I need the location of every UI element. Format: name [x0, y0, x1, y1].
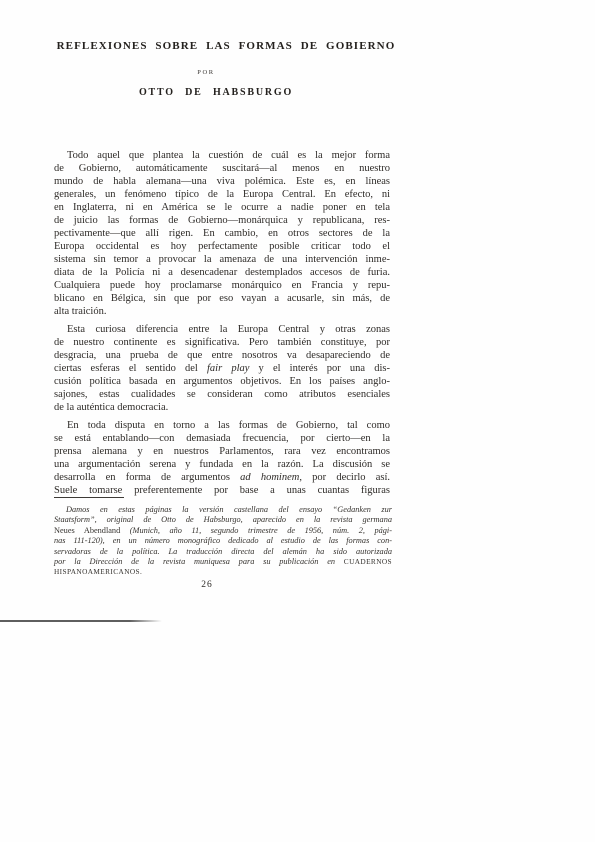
- text-line: sistema sin temor a provocar la amenaza …: [54, 253, 390, 266]
- text-run: mundo de habla alemana—una viva polémica…: [54, 176, 390, 187]
- text-line: Staatsform”, original de Otto de Habsbur…: [54, 515, 392, 525]
- text-run: Damos en estas páginas la versión castel…: [66, 505, 392, 514]
- text-line: de nuestro continente es significativa. …: [54, 336, 390, 349]
- scan-edge-line: [0, 620, 162, 622]
- text-run: blicano en Bélgica, sin que por eso vaya…: [54, 293, 390, 304]
- text-line: pectivamente—que allí rigen. En cambio, …: [54, 227, 390, 240]
- text-line: ciertas esferas el sentido del fair play…: [54, 362, 390, 375]
- text-line: Esta curiosa diferencia entre la Europa …: [54, 323, 390, 336]
- text-line: En toda disputa en torno a las formas de…: [54, 419, 390, 432]
- text-run: de Gobierno, automáticamente suscitará—a…: [54, 163, 390, 174]
- text-run: CUADERNOS: [344, 557, 392, 566]
- text-line: en Inglaterra, ni en América se le ocurr…: [54, 201, 390, 214]
- text-line: Todo aquel que plantea la cuestión de cu…: [54, 149, 390, 162]
- text-run: de nuestro continente es significativa. …: [54, 337, 390, 348]
- italic-text: ad hominem: [240, 472, 299, 483]
- text-run: pectivamente—que allí rigen. En cambio, …: [54, 228, 390, 239]
- body-text: Todo aquel que plantea la cuestión de cu…: [54, 149, 390, 502]
- text-run: desarrolla en forma de argumentos: [54, 472, 240, 483]
- text-line: desarrolla en forma de argumentos ad hom…: [54, 471, 390, 484]
- text-run: se está entablando—con demasiada frecuen…: [54, 433, 390, 444]
- text-line: desgracia, una prueba de que entre nosot…: [54, 349, 390, 362]
- text-line: Neues Abendland (Munich, año 11, segundo…: [54, 526, 392, 536]
- text-line: servadoras de la política. La traducción…: [54, 547, 392, 557]
- text-run: En toda disputa en torno a las formas de…: [67, 420, 390, 431]
- text-line: Cualquiera puede hoy proclamarse monárqu…: [54, 279, 390, 292]
- text-run: , por decirlo así.: [299, 472, 390, 483]
- text-run: por la Dirección de la revista muniquesa…: [54, 557, 344, 566]
- text-line: de Gobierno, automáticamente suscitará—a…: [54, 162, 390, 175]
- text-line: de juicio las formas de Gobierno—monárqu…: [54, 214, 390, 227]
- text-line: una argumentación serena y fundada en la…: [54, 458, 390, 471]
- text-run: sajones, estas cualidades se consideran …: [54, 389, 390, 400]
- text-line: sajones, estas cualidades se consideran …: [54, 388, 390, 401]
- text-run: de juicio las formas de Gobierno—monárqu…: [54, 215, 390, 226]
- text-run: y el interés por una dis-: [249, 363, 390, 374]
- text-line: por la Dirección de la revista muniquesa…: [54, 557, 392, 567]
- text-run: diata de la Policía ni a desencadenar de…: [54, 267, 390, 278]
- text-run: ciertas esferas el sentido del: [54, 363, 207, 374]
- text-run: Suele tomarse preferentemente por base a…: [54, 485, 390, 496]
- text-line: Suele tomarse preferentemente por base a…: [54, 484, 390, 497]
- text-run: generales, un fenómeno típico de la Euro…: [54, 189, 390, 200]
- text-run: Esta curiosa diferencia entre la Europa …: [67, 324, 390, 335]
- text-run: Todo aquel que plantea la cuestión de cu…: [67, 150, 390, 161]
- text-run: en Inglaterra, ni en América se le ocurr…: [54, 202, 390, 213]
- text-line: nas 111-120), en un número monográfico d…: [54, 536, 392, 546]
- text-line: blicano en Bélgica, sin que por eso vaya…: [54, 292, 390, 305]
- paragraph: En toda disputa en torno a las formas de…: [54, 419, 390, 497]
- article-title: REFLEXIONES SOBRE LAS FORMAS DE GOBIERNO: [52, 40, 400, 52]
- page-number: 26: [54, 580, 360, 590]
- text-line: de la auténtica democracia.: [54, 401, 390, 414]
- text-run: Cualquiera puede hoy proclamarse monárqu…: [54, 280, 390, 291]
- text-line: cusión política basada en argumentos obj…: [54, 375, 390, 388]
- text-line: HISPANOAMERICANOS.: [54, 567, 392, 577]
- text-line: alta traición.: [54, 305, 390, 318]
- text-run: alta traición.: [54, 306, 106, 317]
- text-line: prensa alemana y en nuestros Parlamentos…: [54, 445, 390, 458]
- text-run: HISPANOAMERICANOS.: [54, 567, 142, 576]
- text-line: generales, un fenómeno típico de la Euro…: [54, 188, 390, 201]
- text-run: sistema sin temor a provocar la amenaza …: [54, 254, 390, 265]
- text-run: (Munich, año 11, segundo trimestre de 19…: [120, 526, 392, 535]
- footnote: Damos en estas páginas la versión castel…: [54, 505, 392, 583]
- text-run: desgracia, una prueba de que entre nosot…: [54, 350, 390, 361]
- author-name: OTTO DE HABSBURGO: [42, 87, 390, 98]
- document-page: REFLEXIONES SOBRE LAS FORMAS DE GOBIERNO…: [0, 0, 595, 842]
- footnote-separator: [54, 497, 124, 498]
- text-run: servadoras de la política. La traducción…: [54, 547, 392, 556]
- text-line: Europa occidental es hoy perfectamente p…: [54, 240, 390, 253]
- paragraph: Todo aquel que plantea la cuestión de cu…: [54, 149, 390, 318]
- text-run: Neues Abendland: [54, 526, 120, 535]
- text-run: nas 111-120), en un número monográfico d…: [54, 536, 392, 545]
- italic-text: fair play: [207, 363, 249, 374]
- text-line: mundo de habla alemana—una viva polémica…: [54, 175, 390, 188]
- text-run: cusión política basada en argumentos obj…: [54, 376, 390, 387]
- text-line: Damos en estas páginas la versión castel…: [54, 505, 392, 515]
- paragraph: Esta curiosa diferencia entre la Europa …: [54, 323, 390, 414]
- text-line: diata de la Policía ni a desencadenar de…: [54, 266, 390, 279]
- text-run: prensa alemana y en nuestros Parlamentos…: [54, 446, 390, 457]
- text-run: una argumentación serena y fundada en la…: [54, 459, 390, 470]
- text-run: Staatsform”, original de Otto de Habsbur…: [54, 515, 392, 524]
- text-run: de la auténtica democracia.: [54, 402, 168, 413]
- paragraph: Damos en estas páginas la versión castel…: [54, 505, 392, 578]
- text-line: se está entablando—con demasiada frecuen…: [54, 432, 390, 445]
- text-run: Europa occidental es hoy perfectamente p…: [54, 241, 390, 252]
- byline-label: POR: [32, 69, 380, 76]
